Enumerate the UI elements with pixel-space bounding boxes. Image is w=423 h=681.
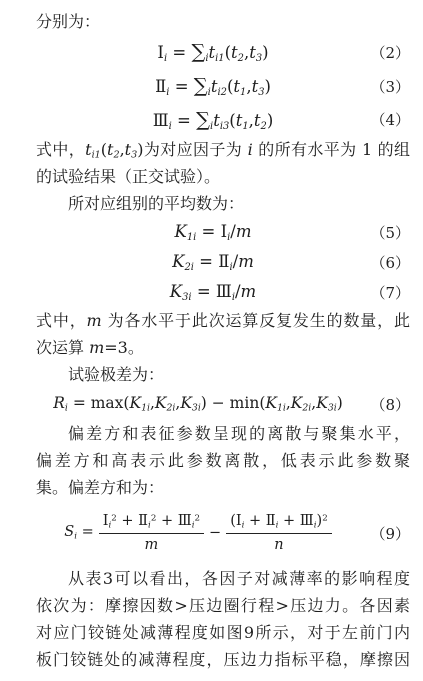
fraction-2-numerator: (Ⅰi + Ⅱi + Ⅲi)2 (226, 511, 332, 534)
equation-8-number: （8） (360, 394, 410, 415)
equation-6-number: （6） (360, 252, 410, 273)
document-page: 分别为： Ⅰi = ∑iti1(t2,t3) （2） Ⅱi = ∑iti2(t1… (0, 0, 423, 681)
equation-4-row: Ⅲi = ∑iti3(t1,t2) （4） (36, 103, 410, 136)
paragraph-conclusion-line-4: 板门铰链处的减薄程度，压边力指标平稳，摩擦因 (36, 646, 410, 673)
equation-9-row: Si = Ⅰi2 + Ⅱi2 + Ⅲi2 m − (Ⅰi + Ⅱi + Ⅲi)2… (36, 501, 410, 565)
equation-3-row: Ⅱi = ∑iti2(t1,t3) （3） (36, 69, 410, 103)
equation-7-number: （7） (360, 282, 410, 303)
equation-9-lhs: Si = (64, 524, 93, 541)
paragraph-intro-line: 分别为： (36, 9, 410, 35)
paragraph-conclusion-line-2: 依次为：摩擦因数>压边圈行程>压边力。各因素 (36, 592, 410, 619)
paragraph-deviation-line-2: 偏差方和高表示此参数离散，低表示此参数聚 (36, 447, 410, 474)
equation-3: Ⅱi = ∑iti2(t1,t3) (66, 74, 360, 98)
fraction-2: (Ⅰi + Ⅱi + Ⅲi)2 n (226, 511, 332, 555)
equation-2-row: Ⅰi = ∑iti1(t2,t3) （2） (36, 35, 410, 69)
paragraph-eq-explain-line-1: 式中，ti1(t2,t3)为对应因子为 i 的所有水平为 1 的组合 (36, 136, 410, 163)
fraction-2-denominator: n (274, 534, 283, 555)
equation-9: Si = Ⅰi2 + Ⅱi2 + Ⅲi2 m − (Ⅰi + Ⅱi + Ⅲi)2… (36, 511, 360, 555)
fraction-1-numerator: Ⅰi2 + Ⅱi2 + Ⅲi2 (99, 511, 204, 534)
paragraph-conclusion-line-3: 对应门铰链处减薄程度如图9所示，对于左前门内 (36, 619, 410, 646)
minus-sign: − (209, 525, 221, 541)
equation-6: K2i = Ⅱi/m (66, 252, 360, 273)
equation-7: K3i = Ⅲi/m (66, 282, 360, 303)
paragraph-deviation-line-3: 集。偏差方和为： (36, 474, 410, 501)
equation-7-row: K3i = Ⅲi/m （7） (36, 277, 410, 307)
equation-8-row: Ri = max(K1i,K2i,K3i) − min(K1i,K2i,K3i)… (36, 388, 410, 420)
equation-4-number: （4） (360, 109, 410, 130)
equation-9-number: （9） (360, 523, 410, 544)
paragraph-m-explain-line-1: 式中，m 为各水平于此次运算反复发生的数量，此 (36, 307, 410, 334)
equation-4: Ⅲi = ∑iti3(t1,t2) (66, 108, 360, 132)
equation-6-row: K2i = Ⅱi/m （6） (36, 247, 410, 277)
equation-8: Ri = max(K1i,K2i,K3i) − min(K1i,K2i,K3i) (36, 394, 360, 414)
paragraph-deviation-line-1: 偏差方和表征参数呈现的离散与聚集水平， (36, 420, 410, 447)
paragraph-eq-explain-line-2: 的试验结果（正交试验）。 (36, 163, 410, 190)
fraction-1-denominator: m (145, 534, 159, 555)
equation-5-number: （5） (360, 222, 410, 243)
paragraph-average-intro: 所对应组别的平均数为： (36, 190, 410, 217)
equation-2-number: （2） (360, 42, 410, 63)
fraction-1: Ⅰi2 + Ⅱi2 + Ⅲi2 m (99, 511, 204, 555)
equation-3-number: （3） (360, 76, 410, 97)
equation-2: Ⅰi = ∑iti1(t2,t3) (66, 40, 360, 64)
equation-5: K1i = Ⅰi/m (66, 222, 360, 243)
paragraph-conclusion-line-1: 从表3可以看出，各因子对减薄率的影响程度 (36, 565, 410, 592)
paragraph-range-intro: 试验极差为： (36, 361, 410, 388)
equation-5-row: K1i = Ⅰi/m （5） (36, 217, 410, 247)
paragraph-m-explain-line-2: 次运算 m=3。 (36, 334, 410, 361)
